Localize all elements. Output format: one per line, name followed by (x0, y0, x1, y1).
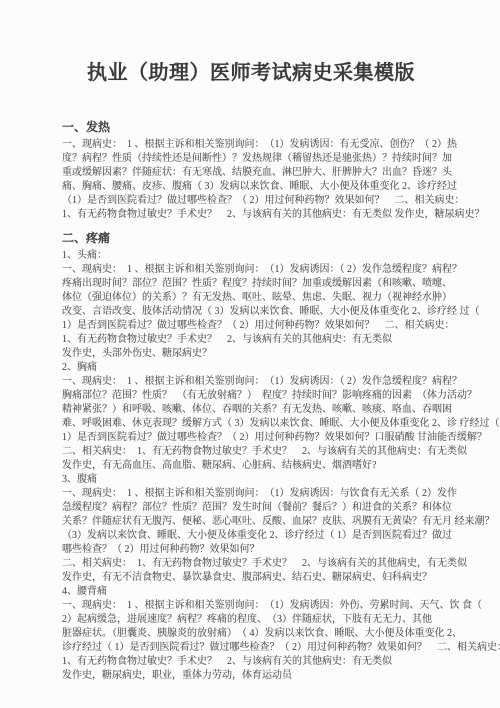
text-line: （1）是否到医院看过？做过哪些检查？（ 2）用过何种药物？效果如何？ 二、相关病… (62, 194, 440, 208)
subsection-heading: 4、腰背痛 (62, 585, 440, 599)
text-line: 痛、胸痛、腰痛、皮疹、腹痛（ 3）发病以来饮食、睡眠、大小便及体重变化 2、诊疗… (62, 180, 440, 194)
section-heading: 二、疼痛 (62, 231, 440, 245)
page-title: 执业（助理）医师考试病史采集模版 (62, 58, 440, 88)
text-line: 发作史，有无高血压、高血脂、糖尿病、心脏病、结核病史、烟酒嗜好? (62, 459, 440, 473)
text-line: 难、呼吸困难、休克表现？缓解方式（ 3）发病以来饮食、睡眠、大小便及体重变化 2… (62, 417, 440, 431)
text-line: 一、现病史： 1 、根据主诉和相关鉴别询问： （1）发病诱因：（ 2）发作急缓程… (62, 375, 440, 389)
text-line: 一、现病史： 1 、根据主诉和相关鉴别询问： （1）发病诱因：（ 2）发作急缓程… (62, 263, 440, 277)
text-line: 发作史，糖尿病史，职业，重体力劳动，体育运动员 (62, 669, 440, 683)
section: 一、发热一、现病史： 1 、根据主诉和相关鉴别询问： （1）发病诱因：有无受凉、… (62, 120, 440, 222)
text-line: 诊疗经过（ 1）是否到医院看过？做过哪些检查？（ 2）用过何种药物？效果如何？ … (62, 641, 440, 655)
text-line: 一、现病史： 1 、根据主诉和相关鉴别询问： （1）发病诱因：有无受凉、创伤？（… (62, 138, 440, 152)
text-line: 1）是否到医院看过？做过哪些检查？（ 2）用过何种药物？效果如何？口服硝酸 甘油… (62, 431, 440, 445)
text-line: 二、相关病史： 1、有无药物食物过敏史？手术史？ 2、与该病有关的其他病史，有无… (62, 557, 440, 571)
text-line: 发作史，有无不洁食物史、暴饮暴食史、腹部病史、结石史、糖尿病史、妇科病史？ (62, 571, 440, 585)
text-line: 1）是否到医院看过？做过哪些检查？（ 2）用过何种药物？效果如何？ 二、相关病史… (62, 319, 440, 333)
text-line: 关系？伴随症状有无腹泻、便秘、恶心呕吐、反酸、血尿？皮肤、巩膜有无黄染？有无月 … (62, 515, 440, 529)
text-line: 二、相关病史： 1、有无药物食物过敏史？手术史？ 2、与该病有关的其他病史：有无… (62, 445, 440, 459)
text-line: 度？病程？性质（持续性还是间断性）？发热规律（稽留热还是驰张热）？持续时间？加 (62, 152, 440, 166)
subsection-heading: 2、胸痛 (62, 361, 440, 375)
text-line: 2）起病缓急，进展速度？病程？疼痛的程度、 （3）伴随症状，下肢有无无力、其他 (62, 613, 440, 627)
subsection-heading: 3、腹痛 (62, 473, 440, 487)
text-line: 1、有无药物食物过敏史？手术史？ 2、与该病有关的其他病史：有无类似 (62, 655, 440, 669)
text-line: 脏器症状。（胆囊炎、胰腺炎的放射痛） （ 4）发病以来饮食、睡眠、大小便及体重变… (62, 627, 440, 641)
text-line: （3）发病以来饮食、睡眠、大小便及体重变化 2、诊疗经过（ 1）是否到医院看过？… (62, 529, 440, 543)
text-line: 哪些检查？（ 2）用过何种药物？效果如何？ (62, 543, 440, 557)
text-line: 一、现病史： 1 、根据主诉和相关鉴别询问： （1）发病诱因：外伤、劳累时间、天… (62, 599, 440, 613)
text-line: 一、现病史： 1 、根据主诉和相关鉴别询问： （1）发病诱因：与饮食有无关系（ … (62, 487, 440, 501)
text-line: 疼痛出现时间？部位？范围？性质？程度？持续时间？加重或缓解因素（和咳嗽、喷嚏、 (62, 277, 440, 291)
subsection-heading: 1、头痛： (62, 249, 440, 263)
text-line: 重或缓解因素？伴随症状：有无寒战、结膜充血、淋巴肿大、肝脾肿大？出血？昏迷？头 (62, 166, 440, 180)
section: 二、疼痛1、头痛：一、现病史： 1 、根据主诉和相关鉴别询问： （1）发病诱因：… (62, 231, 440, 683)
document-body: 一、发热一、现病史： 1 、根据主诉和相关鉴别询问： （1）发病诱因：有无受凉、… (62, 120, 440, 683)
text-line: 胸痛部位？范围？性质？ （有无放射痛？） 程度？持续时间？影响疼痛的因素 （体力… (62, 389, 440, 403)
text-line: 1、有无药物食物过敏史？手术史？ 2、与该病有关的其他病史：有无类似 (62, 333, 440, 347)
text-line: 体位（强迫体位）的关系）？有无发热、呕吐、眩晕、焦虑、失眠、视力（视神经水肿） (62, 291, 440, 305)
text-line: 发作史，头部外伤史、糖尿病史？ (62, 347, 440, 361)
document-page: 执业（助理）医师考试病史采集模版 一、发热一、现病史： 1 、根据主诉和相关鉴别… (0, 0, 500, 708)
text-line: 1、有无药物食物过敏史？手术史？ 2、与该病有关的其他病史：有无类似 发作史，糖… (62, 208, 440, 222)
text-line: 急缓程度？病程？部位？性质？范围？发生时间（餐前？餐后？）和进食的关系？和体位 (62, 501, 440, 515)
text-line: 改变、言语改变、肢体活动情况（ 3）发病以来饮食、睡眠、大小便及体重变化 2、诊… (62, 305, 440, 319)
section-heading: 一、发热 (62, 120, 440, 134)
text-line: 精神紧张？）和呼吸、咳嗽、体位、吞咽的关系？有无发热、咳嗽、咳痰、咯血、吞咽困 (62, 403, 440, 417)
